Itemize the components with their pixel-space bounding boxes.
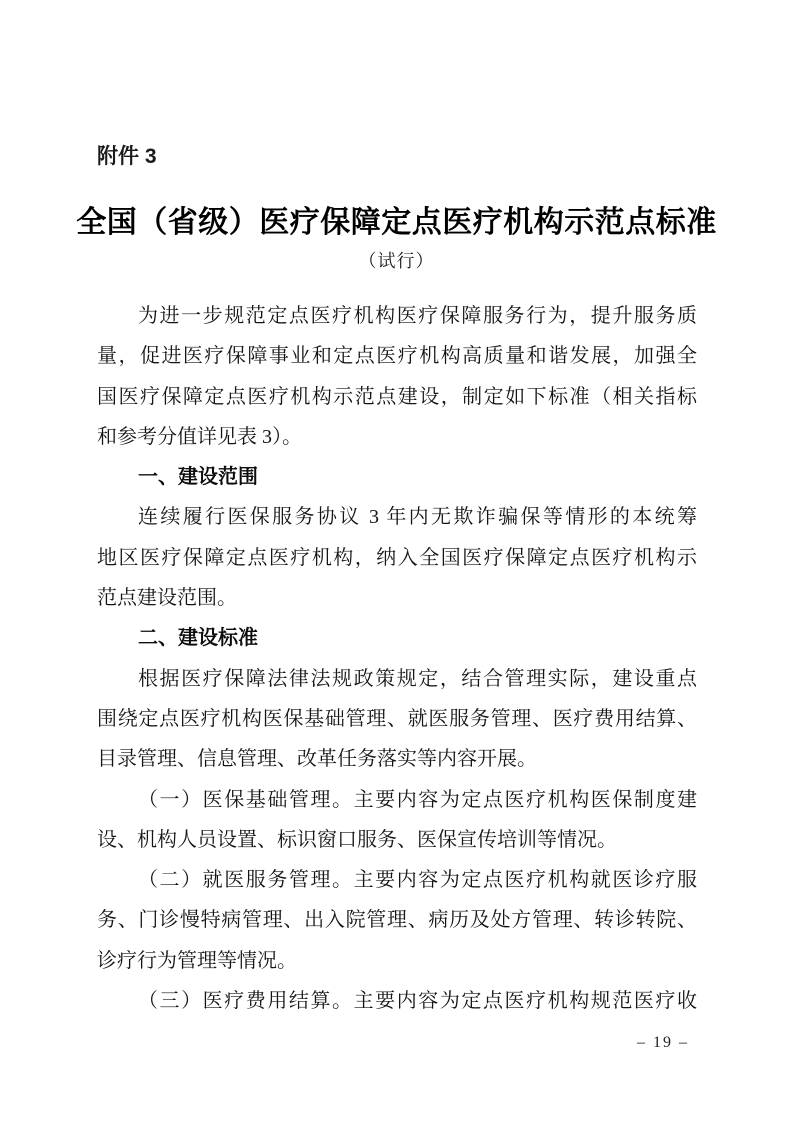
document-body: 为进一步规范定点医疗机构医疗保障服务行为，提升服务质 量，促进医疗保障事业和定点… xyxy=(97,296,697,1021)
body-line: 连续履行医保服务协议 3 年内无欺诈骗保等情形的本统筹 xyxy=(97,497,697,537)
section-heading: 一、建设范围 xyxy=(97,457,697,497)
body-line: 务、门诊慢特病管理、出入院管理、病历及处方管理、转诊转院、 xyxy=(97,900,697,940)
attachment-label: 附件 3 xyxy=(97,140,157,170)
page-number: – 19 – xyxy=(637,1034,689,1052)
body-line: 和参考分值详见表 3）。 xyxy=(97,417,697,457)
document-subtitle: （试行） xyxy=(0,247,793,273)
body-line: （一）医保基础管理。主要内容为定点医疗机构医保制度建 xyxy=(97,780,697,820)
body-line: 目录管理、信息管理、改革任务落实等内容开展。 xyxy=(97,739,697,779)
body-line: 范点建设范围。 xyxy=(97,578,697,618)
body-line: （二）就医服务管理。主要内容为定点医疗机构就医诊疗服 xyxy=(97,860,697,900)
body-line: 根据医疗保障法律法规政策规定，结合管理实际，建设重点 xyxy=(97,659,697,699)
body-line: 诊疗行为管理等情况。 xyxy=(97,941,697,981)
document-page: 附件 3 全国（省级）医疗保障定点医疗机构示范点标准 （试行） 为进一步规范定点… xyxy=(0,0,793,1122)
body-line: 国医疗保障定点医疗机构示范点建设，制定如下标准（相关指标 xyxy=(97,377,697,417)
body-line: 设、机构人员设置、标识窗口服务、医保宣传培训等情况。 xyxy=(97,820,697,860)
body-line: （三）医疗费用结算。主要内容为定点医疗机构规范医疗收 xyxy=(97,981,697,1021)
document-title: 全国（省级）医疗保障定点医疗机构示范点标准 xyxy=(0,197,793,241)
body-line: 为进一步规范定点医疗机构医疗保障服务行为，提升服务质 xyxy=(97,296,697,336)
body-line: 地区医疗保障定点医疗机构，纳入全国医疗保障定点医疗机构示 xyxy=(97,538,697,578)
body-line: 量，促进医疗保障事业和定点医疗机构高质量和谐发展，加强全 xyxy=(97,336,697,376)
body-line: 围绕定点医疗机构医保基础管理、就医服务管理、医疗费用结算、 xyxy=(97,699,697,739)
section-heading: 二、建设标准 xyxy=(97,618,697,658)
